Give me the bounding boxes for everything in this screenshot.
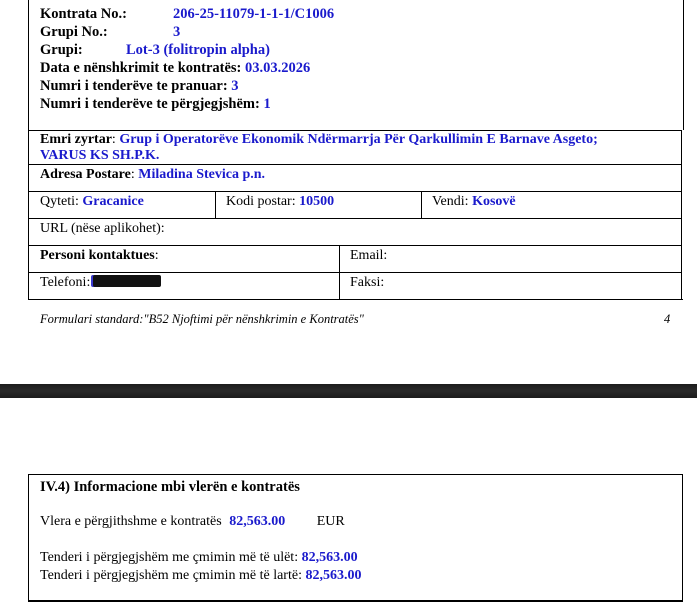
official-name-label: Emri zyrtar [40, 132, 112, 147]
email-label: Email: [339, 246, 387, 272]
phone-row: Telefoni: Faksi: [28, 272, 682, 299]
signing-date-label: Data e nënshkrimit te kontratës: [40, 60, 241, 76]
total-value-label: Vlera e përgjithshme e kontratës [40, 514, 222, 529]
group-no-row: Grupi No.: 3 [40, 23, 108, 41]
city-row: Qyteti: Gracanice Kodi postar: 10500 Ven… [28, 191, 682, 218]
total-value-row: Vlera e përgjithshme e kontratës 82,563.… [40, 514, 345, 530]
country-cell: Vendi: Kosovë [421, 192, 516, 218]
url-row: URL (nëse aplikohet): [28, 218, 682, 245]
group-label: Grupi: [40, 42, 83, 58]
city-value: Gracanice [82, 194, 143, 209]
postal-address-label: Adresa Postare [40, 167, 131, 182]
total-value: 82,563.00 [229, 514, 285, 529]
url-label: URL (nëse aplikohet): [29, 219, 165, 245]
section-contract-value: IV.4) Informacione mbi vlerën e kontratë… [28, 474, 683, 602]
contract-no-value: 206-25-11079-1-1-1/C1006 [173, 5, 334, 23]
group-value: Lot-3 (folitropin alpha) [126, 41, 270, 59]
contract-no-row: Kontrata No.: 206-25-11079-1-1-1/C1006 [40, 5, 127, 23]
contact-person-label: Personi kontaktues [40, 248, 155, 263]
highest-value: 82,563.00 [305, 568, 361, 583]
section-title: IV.4) Informacione mbi vlerën e kontratë… [40, 479, 300, 496]
page-separator [0, 384, 697, 398]
phone-redacted-value [93, 275, 161, 287]
country-label: Vendi: [432, 194, 469, 209]
contract-no-label: Kontrata No.: [40, 6, 127, 22]
city-cell: Qyteti: Gracanice [29, 192, 144, 218]
responsive-tenders-label: Numri i tenderëve te përgjegjshëm: [40, 96, 260, 112]
page-number: 4 [664, 312, 670, 327]
city-label: Qyteti: [40, 194, 79, 209]
phone-label: Telefoni: [40, 275, 90, 290]
highest-tender-row: Tenderi i përgjegjshëm me çmimin më të l… [40, 568, 361, 584]
signing-date-value: 03.03.2026 [245, 60, 310, 76]
lowest-label: Tenderi i përgjegjshëm me çmimin më të u… [40, 550, 298, 565]
responsive-tenders-value: 1 [263, 96, 270, 112]
official-name-row: Emri zyrtar: Grup i Operatorëve Ekonomik… [28, 130, 682, 164]
table-bottom-border [28, 299, 683, 300]
accepted-tenders-value: 3 [231, 78, 238, 94]
signing-date-row: Data e nënshkrimit te kontratës: 03.03.2… [40, 59, 310, 77]
postal-address-row: Adresa Postare: Miladina Stevica p.n. [28, 164, 682, 191]
fax-label: Faksi: [339, 273, 384, 299]
postal-address-value: Miladina Stevica p.n. [138, 167, 265, 182]
accepted-tenders-label: Numri i tenderëve te pranuar: [40, 78, 228, 94]
postal-code-value: 10500 [299, 194, 334, 209]
group-no-label: Grupi No.: [40, 24, 108, 40]
group-no-value: 3 [173, 23, 180, 41]
postal-code-label: Kodi postar: [226, 194, 296, 209]
form-footer: Formulari standard:"B52 Njoftimi për nën… [40, 312, 364, 327]
currency: EUR [317, 514, 345, 529]
official-name-line2: VARUS KS SH.P.K. [40, 148, 159, 163]
lowest-value: 82,563.00 [302, 550, 358, 565]
official-name-line1: Grup i Operatorëve Ekonomik Ndërmarrja P… [119, 132, 597, 147]
contact-row: Personi kontaktues: Email: [28, 245, 682, 272]
highest-label: Tenderi i përgjegjshëm me çmimin më të l… [40, 568, 302, 583]
group-row: Grupi: Lot-3 (folitropin alpha) [40, 41, 83, 59]
postal-code-cell: Kodi postar: 10500 [215, 192, 334, 218]
accepted-tenders-row: Numri i tenderëve te pranuar: 3 [40, 77, 239, 95]
contract-header: Kontrata No.: 206-25-11079-1-1-1/C1006 G… [28, 0, 684, 130]
country-value: Kosovë [472, 194, 516, 209]
responsive-tenders-row: Numri i tenderëve te përgjegjshëm: 1 [40, 95, 271, 113]
lowest-tender-row: Tenderi i përgjegjshëm me çmimin më të u… [40, 550, 358, 566]
